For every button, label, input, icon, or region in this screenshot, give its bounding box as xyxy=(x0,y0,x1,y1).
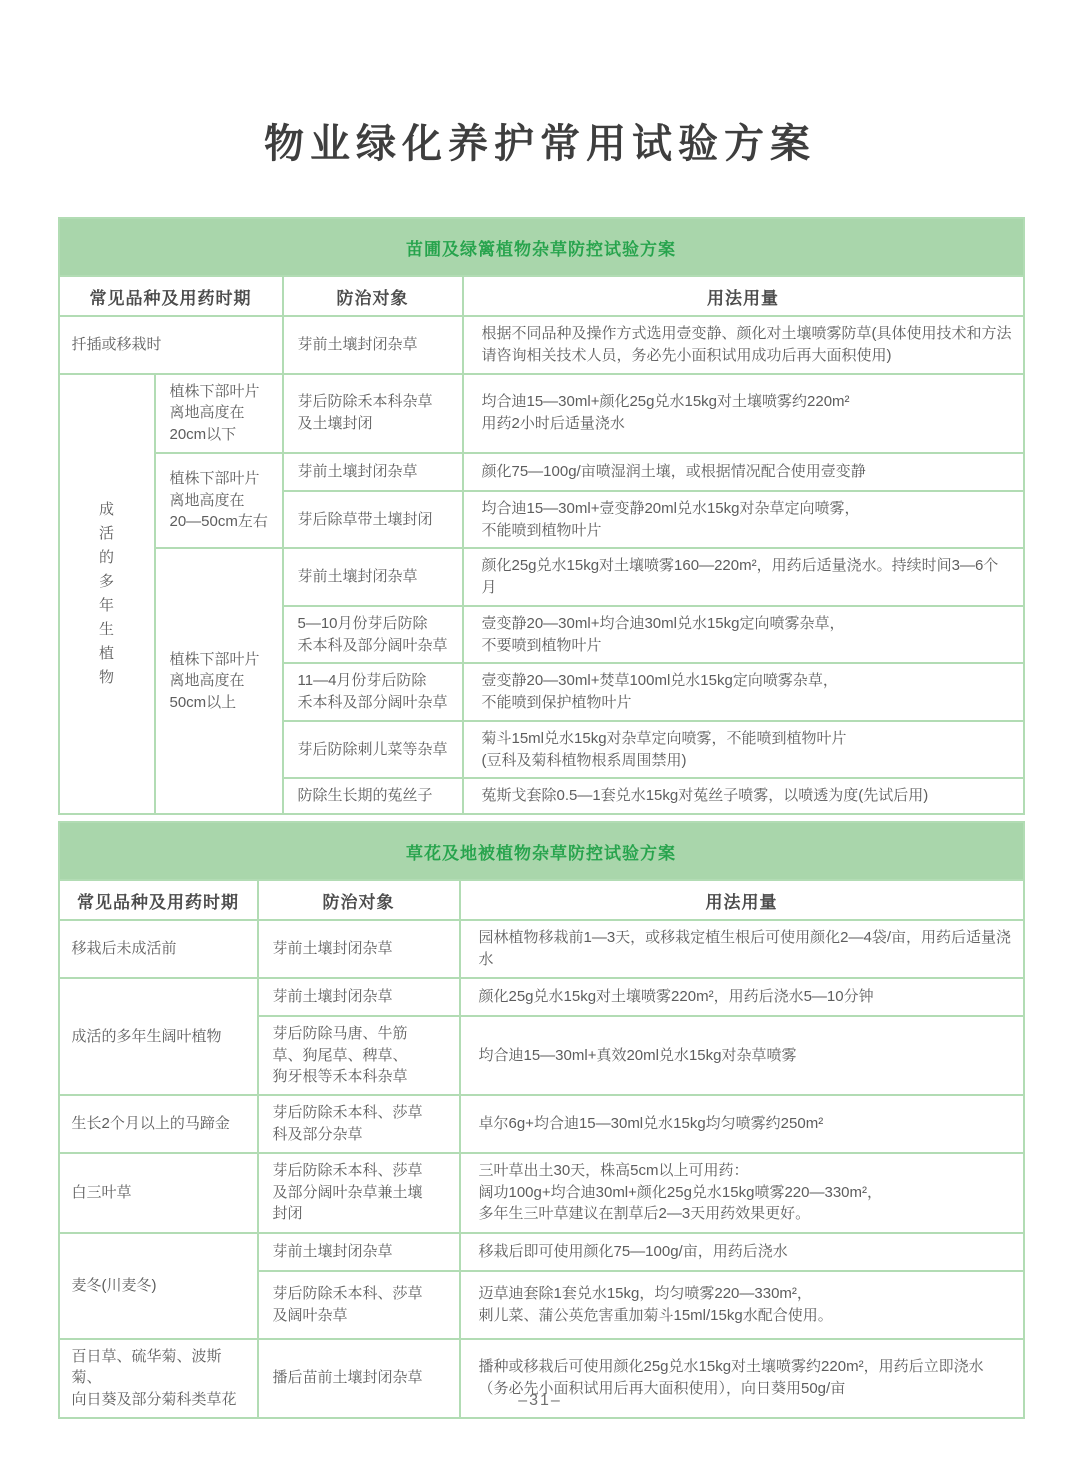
table2-header-usage: 用法用量 xyxy=(460,880,1024,920)
target-cell: 芽后防除禾本科杂草 及土壤封闭 xyxy=(283,374,463,453)
target-cell: 芽后除草带土壤封闭 xyxy=(283,491,463,549)
target-cell: 5—10月份芽后防除 禾本科及部分阔叶杂草 xyxy=(283,606,463,664)
table1-header-species: 常见品种及用药时期 xyxy=(59,276,283,316)
page-title: 物业绿化养护常用试验方案 xyxy=(0,0,1080,169)
target-cell: 芽后防除刺儿菜等杂草 xyxy=(283,721,463,779)
usage-cell: 三叶草出土30天，株高5cm以上可用药： 阔功100g+均合迪30ml+颜化25… xyxy=(460,1153,1024,1233)
species-cell: 白三叶草 xyxy=(59,1153,258,1233)
table-row: 植株下部叶片 离地高度在 20—50cm左右 芽前土壤封闭杂草 颜化75—100… xyxy=(59,453,1024,491)
usage-cell: 壹变静20—30ml+焚草100ml兑水15kg定向喷雾杂草， 不能喷到保护植物… xyxy=(463,663,1024,721)
target-cell: 芽前土壤封闭杂草 xyxy=(283,548,463,606)
target-cell: 芽前土壤封闭杂草 xyxy=(283,316,463,374)
table1-band-title: 苗圃及绿篱植物杂草防控试验方案 xyxy=(59,218,1024,276)
species-cell: 扦插或移栽时 xyxy=(59,316,283,374)
height-group-cell: 植株下部叶片 离地高度在 20cm以下 xyxy=(155,374,283,453)
usage-cell: 颜化75—100g/亩喷湿润土壤，或根据情况配合使用壹变静 xyxy=(463,453,1024,491)
usage-cell: 菟斯戈套除0.5—1套兑水15kg对菟丝子喷雾，以喷透为度(先试后用) xyxy=(463,778,1024,814)
target-cell: 芽前土壤封闭杂草 xyxy=(258,978,460,1016)
usage-cell: 迈草迪套除1套兑水15kg，均匀喷雾220—330m²， 刺儿菜、蒲公英危害重加… xyxy=(460,1271,1024,1339)
table-row: 白三叶草 芽后防除禾本科、莎草 及部分阔叶杂草兼土壤 封闭 三叶草出土30天，株… xyxy=(59,1153,1024,1233)
target-cell: 芽前土壤封闭杂草 xyxy=(258,1233,460,1271)
target-cell: 芽前土壤封闭杂草 xyxy=(258,920,460,978)
species-cell: 麦冬(川麦冬) xyxy=(59,1233,258,1339)
usage-cell: 壹变静20—30ml+均合迪30ml兑水15kg定向喷雾杂草， 不要喷到植物叶片 xyxy=(463,606,1024,664)
target-cell: 芽后防除马唐、牛筋 草、狗尾草、稗草、 狗牙根等禾本科杂草 xyxy=(258,1016,460,1095)
usage-cell: 菊斗15ml兑水15kg对杂草定向喷雾，不能喷到植物叶片 (豆科及菊科植物根系周… xyxy=(463,721,1024,779)
usage-cell: 移栽后即可使用颜化75—100g/亩，用药后浇水 xyxy=(460,1233,1024,1271)
species-cell: 成活的多年生阔叶植物 xyxy=(59,978,258,1095)
perennial-group-label: 成 活 的 多 年 生 植 物 xyxy=(59,374,155,815)
usage-cell: 均合迪15—30ml+颜化25g兑水15kg对土壤喷雾约220m² 用药2小时后… xyxy=(463,374,1024,453)
target-cell: 芽后防除禾本科、莎草 科及部分杂草 xyxy=(258,1095,460,1153)
table-row: 成 活 的 多 年 生 植 物 植株下部叶片 离地高度在 20cm以下 芽后防除… xyxy=(59,374,1024,453)
nursery-hedge-table: 苗圃及绿篱植物杂草防控试验方案 常见品种及用药时期 防治对象 用法用量 扦插或移… xyxy=(58,217,1025,815)
target-cell: 防除生长期的菟丝子 xyxy=(283,778,463,814)
height-group-cell: 植株下部叶片 离地高度在 50cm以上 xyxy=(155,548,283,814)
table2-header-species: 常见品种及用药时期 xyxy=(59,880,258,920)
usage-cell: 均合迪15—30ml+真效20ml兑水15kg对杂草喷雾 xyxy=(460,1016,1024,1095)
target-cell: 芽后防除禾本科、莎草 及部分阔叶杂草兼土壤 封闭 xyxy=(258,1153,460,1233)
document-page: { "page": { "title": "物业绿化养护常用试验方案", "fo… xyxy=(0,0,1080,1465)
table-row: 成活的多年生阔叶植物 芽前土壤封闭杂草 颜化25g兑水15kg对土壤喷雾220m… xyxy=(59,978,1024,1016)
target-cell: 11—4月份芽后防除 禾本科及部分阔叶杂草 xyxy=(283,663,463,721)
groundcover-flower-table: 草花及地被植物杂草防控试验方案 常见品种及用药时期 防治对象 用法用量 移栽后未… xyxy=(58,821,1025,1419)
usage-cell: 颜化25g兑水15kg对土壤喷雾160—220m²，用药后适量浇水。持续时间3—… xyxy=(463,548,1024,606)
usage-cell: 卓尔6g+均合迪15—30ml兑水15kg均匀喷雾约250m² xyxy=(460,1095,1024,1153)
target-cell: 芽前土壤封闭杂草 xyxy=(283,453,463,491)
page-number: –31– xyxy=(0,1392,1080,1410)
table-row: 扦插或移栽时 芽前土壤封闭杂草 根据不同品种及操作方式选用壹变静、颜化对土壤喷雾… xyxy=(59,316,1024,374)
table1-header-usage: 用法用量 xyxy=(463,276,1024,316)
table-row: 麦冬(川麦冬) 芽前土壤封闭杂草 移栽后即可使用颜化75—100g/亩，用药后浇… xyxy=(59,1233,1024,1271)
table-row: 生长2个月以上的马蹄金 芽后防除禾本科、莎草 科及部分杂草 卓尔6g+均合迪15… xyxy=(59,1095,1024,1153)
table2-band-title: 草花及地被植物杂草防控试验方案 xyxy=(59,822,1024,880)
table-row: 植株下部叶片 离地高度在 50cm以上 芽前土壤封闭杂草 颜化25g兑水15kg… xyxy=(59,548,1024,606)
table-row: 移栽后未成活前 芽前土壤封闭杂草 园林植物移栽前1—3天，或移栽定植生根后可使用… xyxy=(59,920,1024,978)
usage-cell: 园林植物移栽前1—3天，或移栽定植生根后可使用颜化2—4袋/亩，用药后适量浇水 xyxy=(460,920,1024,978)
target-cell: 芽后防除禾本科、莎草 及阔叶杂草 xyxy=(258,1271,460,1339)
usage-cell: 颜化25g兑水15kg对土壤喷雾220m²，用药后浇水5—10分钟 xyxy=(460,978,1024,1016)
species-cell: 生长2个月以上的马蹄金 xyxy=(59,1095,258,1153)
table2-header-target: 防治对象 xyxy=(258,880,460,920)
height-group-cell: 植株下部叶片 离地高度在 20—50cm左右 xyxy=(155,453,283,549)
tables-container: 苗圃及绿篱植物杂草防控试验方案 常见品种及用药时期 防治对象 用法用量 扦插或移… xyxy=(58,217,1023,1419)
species-cell: 移栽后未成活前 xyxy=(59,920,258,978)
usage-cell: 根据不同品种及操作方式选用壹变静、颜化对土壤喷雾防草(具体使用技术和方法请咨询相… xyxy=(463,316,1024,374)
usage-cell: 均合迪15—30ml+壹变静20ml兑水15kg对杂草定向喷雾， 不能喷到植物叶… xyxy=(463,491,1024,549)
table1-header-target: 防治对象 xyxy=(283,276,463,316)
